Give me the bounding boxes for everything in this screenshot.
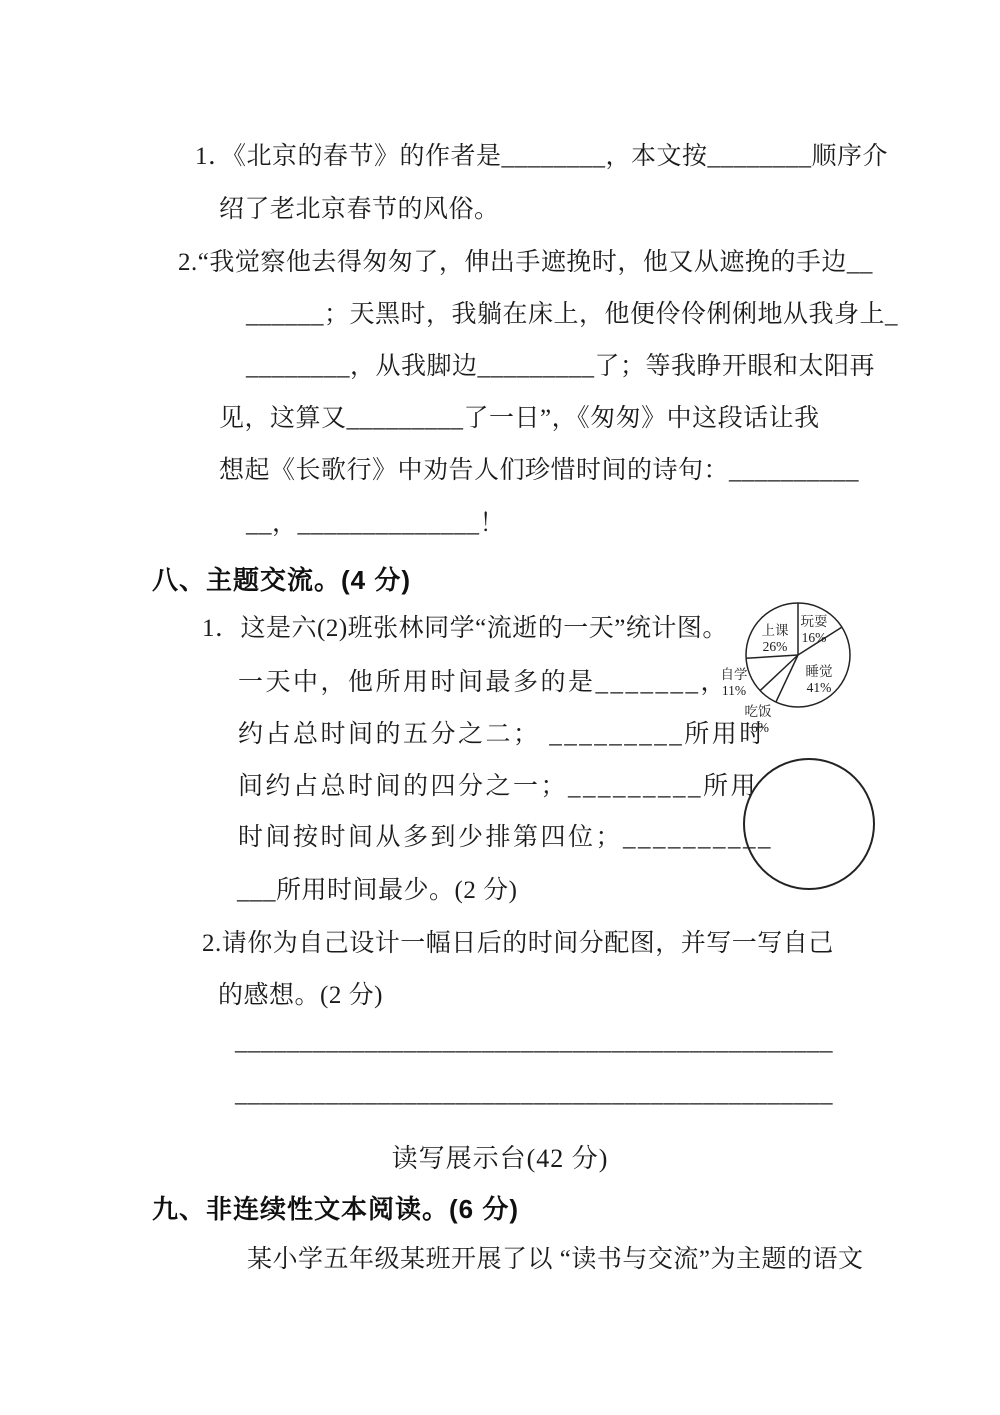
s8-q1-line-5: 时间按时间从多到少排第四位；__________ xyxy=(238,823,773,853)
q2-line-3: ________，从我脚边_________了；等我睁开眼和太阳再 xyxy=(246,352,875,382)
exam-page: 1．《北京的春节》的作者是________，本文按________顺序介 绍了老… xyxy=(0,0,1000,1415)
s8-q1-line-4: 间约占总时间的四分之一；_________所用 xyxy=(238,772,758,802)
s8-q2-line-1: 2.请你为自己设计一幅日后的时间分配图，并写一写自己 xyxy=(202,929,834,959)
pie-label-class: 上课 xyxy=(762,623,790,638)
section9-heading: 九、非连续性文本阅读。(6 分) xyxy=(152,1193,519,1225)
pie-label-sleep: 睡觉 xyxy=(806,664,833,679)
pie-slice-line-eat-selfstudy xyxy=(760,655,798,691)
s8-q2-line-2: 的感想。(2 分) xyxy=(218,981,383,1011)
q1-line-2: 绍了老北京春节的风俗。 xyxy=(219,195,500,225)
s8-q1-line-6: ___所用时间最少。(2 分) xyxy=(237,876,517,906)
q2-line-5: 想起《长歌行》中劝告人们珍惜时间的诗句：__________ xyxy=(219,456,859,486)
q2-line-2: ______；天黑时，我躺在床上，他便伶伶俐俐地从我身上_ xyxy=(246,300,898,330)
answer-blank-line-2: ________________________________________… xyxy=(235,1079,833,1109)
pie-label-selfstudy: 自学 xyxy=(721,667,749,682)
pie-pct-class: 26% xyxy=(763,639,788,654)
time-pie-chart: 上课 26% 玩耍 16% 睡觉 41% 自学 11% 吃饭 6% xyxy=(698,593,888,745)
answer-blank-line-1: ________________________________________… xyxy=(235,1027,833,1057)
s8-q1-line-1: 1．这是六(2)班张林同学“流逝的一天”统计图。 xyxy=(202,614,728,644)
pie-pct-sleep: 41% xyxy=(807,680,832,695)
pie-slice-line-selfstudy-class xyxy=(746,655,798,658)
blank-pie-circle xyxy=(743,758,875,890)
s8-q1-line-2: 一天中，他所用时间最多的是_______， xyxy=(238,668,728,698)
q2-line-6: __，______________！ xyxy=(246,509,505,539)
pie-label-eat: 吃饭 xyxy=(745,704,773,719)
section8-heading: 八、主题交流。(4 分) xyxy=(152,564,411,596)
pie-label-play: 玩耍 xyxy=(801,614,829,629)
pie-pct-play: 16% xyxy=(802,630,827,645)
q1-line-1: 1．《北京的春节》的作者是________，本文按________顺序介 xyxy=(195,142,888,172)
pie-pct-eat: 6% xyxy=(751,720,769,735)
s8-q1-line-3: 约占总时间的五分之二； _________所用时 xyxy=(238,720,767,750)
q2-line-1: 2.“我觉察他去得匆匆了，伸出手遮挽时，他又从遮挽的手边__ xyxy=(178,248,873,278)
s9-intro-line-1: 某小学五年级某班开展了以 “读书与交流”为主题的语文 xyxy=(247,1245,863,1275)
pie-pct-selfstudy: 11% xyxy=(722,683,746,698)
q2-line-4: 见，这算又_________了一日”，《匆匆》中这段话让我 xyxy=(219,404,820,434)
pie-slice-line-sleep-eat xyxy=(776,655,798,702)
banner-title: 读写展示台(42 分) xyxy=(0,1138,1000,1175)
